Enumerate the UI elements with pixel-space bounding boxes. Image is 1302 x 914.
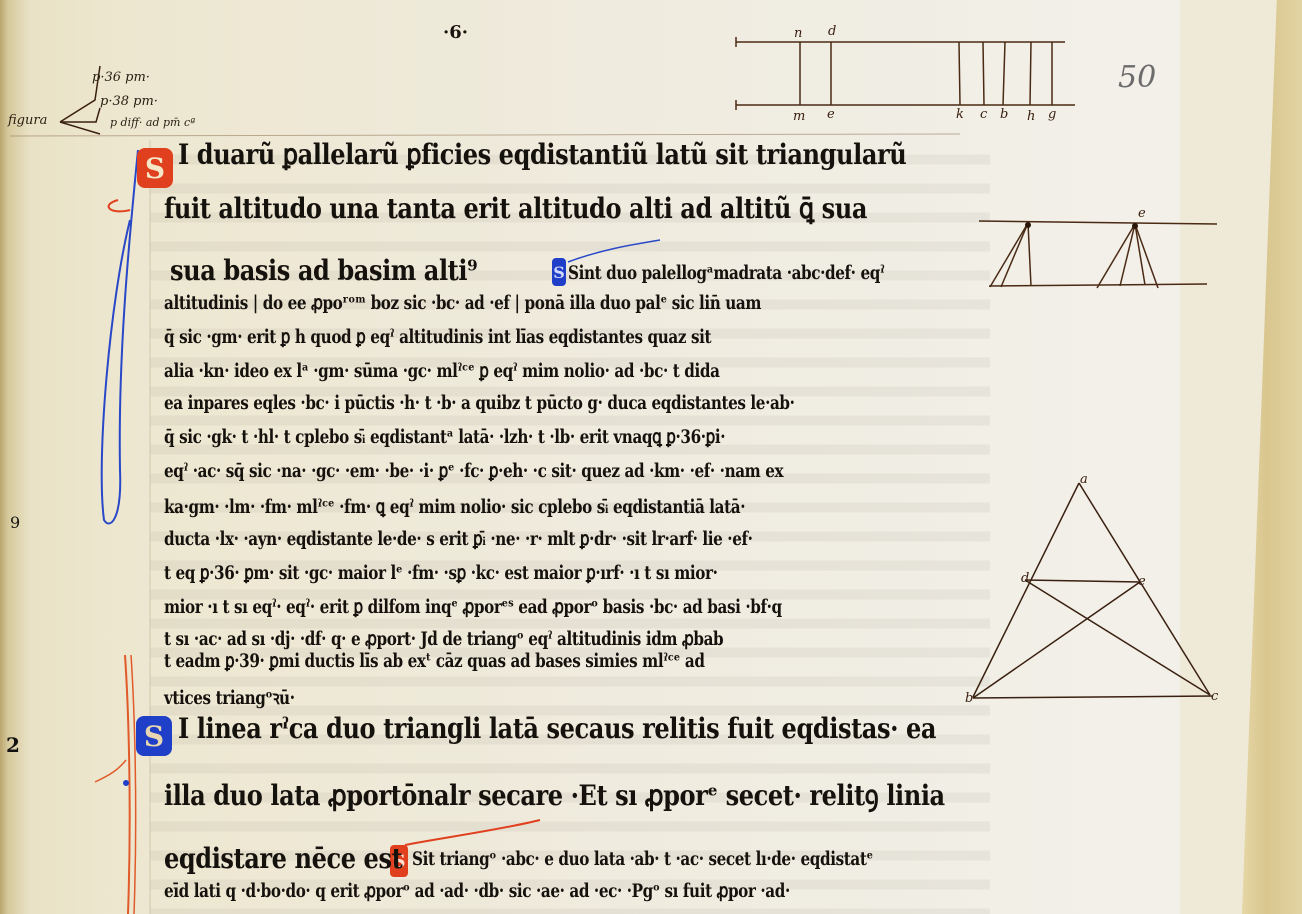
text-line-3-tail: Sint duo palellogᵃmadrata ·abc·def· eqˀ	[568, 262, 884, 284]
text-line-14: t sı ·ac· ad sı ·dj· ·df· q· e ꝓport· Jd…	[164, 628, 723, 650]
text-line-15: t eadm ꝑ·39· ꝑmi ductis līs ab exᵗ cāz q…	[164, 650, 705, 672]
label-c: c	[980, 107, 988, 122]
text-line-6: alia ·kn· ideo ex lᵃ ·gm· sūma ·gc· mlˀᶜ…	[164, 360, 720, 382]
text-line-1: I duarũ ꝑallelarũ ꝑficies eqdistantiũ la…	[178, 138, 906, 171]
parallelograms-diagram: e	[975, 205, 1225, 295]
label-k: k	[956, 107, 964, 122]
vertex-d: d	[1021, 571, 1029, 586]
vertex-a: a	[1080, 472, 1088, 487]
label-h: h	[1027, 109, 1035, 124]
text-line-11: ducta ·lx· ·ayn· eqdistante le·de· s eri…	[164, 528, 753, 550]
vertex-b: b	[965, 691, 973, 706]
text-line-19: eqdistare nēce est	[164, 842, 402, 875]
label-b: b	[1000, 107, 1008, 122]
text-line-13: mior ·ı t sı eqˀ· eqˀ· erit ꝑ dilfom inq…	[164, 596, 782, 618]
label-e: e	[827, 107, 835, 122]
vertex-e: e	[1138, 574, 1146, 589]
text-line-18: illa duo lata ꝓportōnalr secare ·Et sı ꝓ…	[164, 776, 945, 814]
label-g: g	[1048, 107, 1056, 122]
label-m: m	[793, 109, 805, 124]
text-line-17: I linea rˀca duo triangli latā secaus re…	[178, 712, 936, 745]
text-line-16: vtices triangᵒꝛū·	[164, 684, 295, 710]
manuscript-page: ·6· 50 figura p·36 pm· p·38 pm· p diff· …	[0, 0, 1302, 914]
text-line-20: eīd lati q ·d·bo·do· q erit ꝓporᵒ ad ·ad…	[164, 880, 790, 902]
text-line-8: q̄ sic ·gk· t ·hl· t cplebo sᵢ̄ eqdistan…	[164, 426, 725, 448]
text-line-19-tail: Sit triangᵒ ·abc· e duo lata ·ab· t ·ac·…	[412, 848, 873, 870]
label-n: n	[794, 26, 802, 41]
text-line-2: fuit altitudo una tanta erit altitudo al…	[164, 192, 867, 225]
label-e-top: e	[1138, 206, 1146, 221]
text-line-9: eqˀ ·ac· sq̄ sic ·na· ·gc· ·em· ·be· ·i·…	[164, 460, 783, 482]
text-line-7: ea inpares eqles ·bc· i pūctis ·h· t ·b·…	[164, 392, 795, 414]
triangle-diagram: a d e b c	[955, 470, 1235, 720]
parallel-lines-diagram: n d m e k c b h g	[730, 20, 1080, 130]
label-d: d	[828, 24, 836, 39]
text-line-4: altitudinis | do ee ꝓpoʳᵒᵐ boz sic ·bc· …	[164, 292, 761, 314]
vertex-c: c	[1211, 689, 1219, 704]
text-line-10: ka·gm· ·lm· ·fm· mlˀᶜᵉ ·fm· ꝗ eqˀ mim no…	[164, 496, 745, 518]
text-line-5: q̄ sic ·gm· erit ꝑ h quod ꝑ eqˀ altitudi…	[164, 326, 711, 348]
text-line-3: sua basis ad basim alti⁹	[170, 254, 477, 287]
text-line-12: t eq ꝑ·36· ꝑm· sit ·gc· maior lᵉ ·fm· ·s…	[164, 562, 718, 584]
